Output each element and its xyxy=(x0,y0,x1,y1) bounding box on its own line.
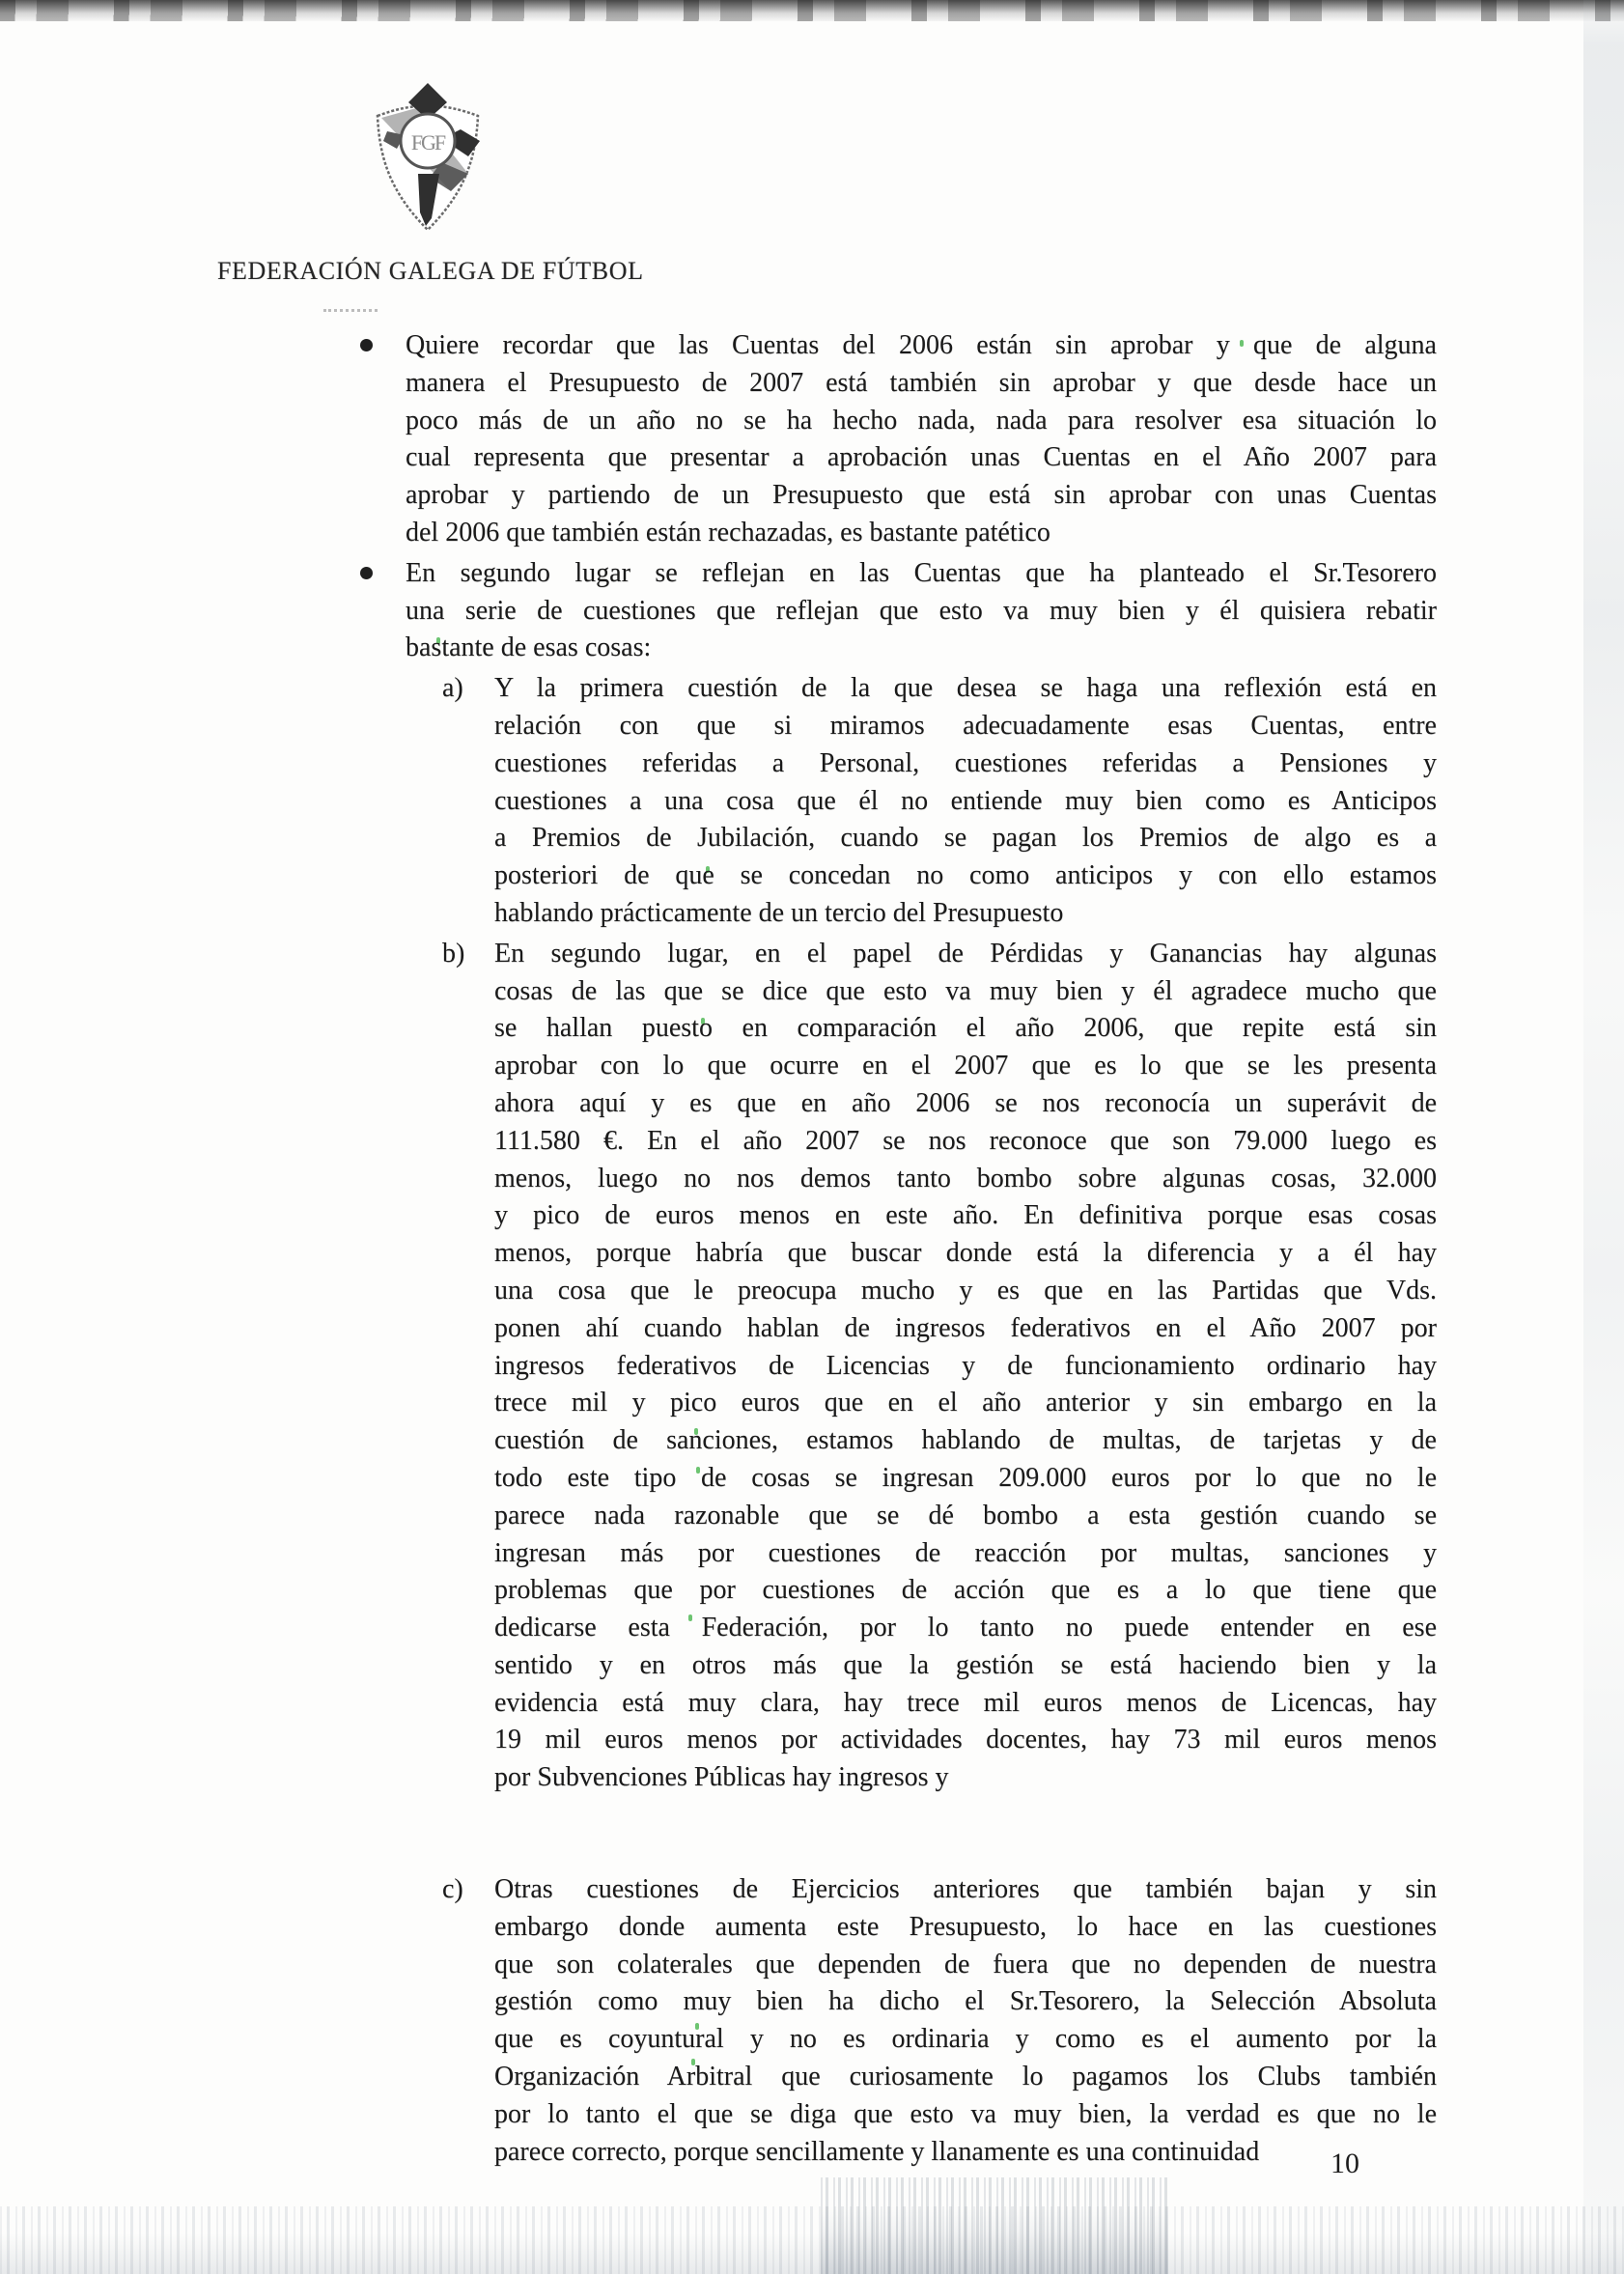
text-line: una serie de cuestiones que reflejan que… xyxy=(406,593,1437,631)
text-line: menos, porque habría que buscar donde es… xyxy=(494,1235,1437,1273)
text-line: se hallan puesto en comparación el año 2… xyxy=(494,1010,1437,1048)
text-line: una cosa que le preocupa mucho y es que … xyxy=(494,1273,1437,1310)
text-line: manera el Presupuesto de 2007 está tambi… xyxy=(406,365,1437,403)
lettered-item: c)Otras cuestiones de Ejercicios anterio… xyxy=(494,1871,1437,2171)
text-line: cosas de las que se dice que esto va muy… xyxy=(494,973,1437,1011)
crest-shield-icon: FGF xyxy=(360,77,495,237)
text-line: gestión como muy bien ha dicho el Sr.Tes… xyxy=(494,1983,1437,2021)
text-line: relación con que si miramos adecuadament… xyxy=(494,708,1437,745)
text-line: menos, luego no nos demos tanto bombo so… xyxy=(494,1161,1437,1198)
text-line: ponen ahí cuando hablan de ingresos fede… xyxy=(494,1310,1437,1348)
text-line: cuestiones referidas a Personal, cuestio… xyxy=(494,745,1437,783)
item-letter-marker: c) xyxy=(442,1871,463,1909)
text-line: y pico de euros menos en este año. En de… xyxy=(494,1197,1437,1235)
text-line: 19 mil euros menos por actividades docen… xyxy=(494,1722,1437,1759)
scan-dotted-mark xyxy=(323,309,378,312)
text-line: Quiere recordar que las Cuentas del 2006… xyxy=(406,327,1437,365)
text-line: que son colaterales que dependen de fuer… xyxy=(494,1947,1437,1984)
text-line: embargo donde aumenta este Presupuesto, … xyxy=(494,1909,1437,1947)
text-line: todo este tipo de cosas se ingresan 209.… xyxy=(494,1460,1437,1498)
text-line: posteriori de que se concedan no como an… xyxy=(494,857,1437,895)
bullet-item: En segundo lugar se reflejan en las Cuen… xyxy=(406,555,1437,667)
text-line: En segundo lugar, en el papel de Pérdida… xyxy=(494,936,1437,973)
text-line: cuestión de sanciones, estamos hablando … xyxy=(494,1422,1437,1460)
text-line: evidencia está muy clara, hay trece mil … xyxy=(494,1685,1437,1723)
lettered-item: b)En segundo lugar, en el papel de Pérdi… xyxy=(494,936,1437,1797)
text-line: del 2006 que también están rechazadas, e… xyxy=(406,515,1437,552)
text-line: 111.580 €. En el año 2007 se nos reconoc… xyxy=(494,1123,1437,1161)
text-line: aprobar y partiendo de un Presupuesto qu… xyxy=(406,477,1437,515)
text-line: cuestiones a una cosa que él no entiende… xyxy=(494,783,1437,821)
text-line: Organización Arbitral que curiosamente l… xyxy=(494,2059,1437,2096)
scan-artifact-top-edge xyxy=(0,0,1624,21)
scan-artifact-bottom-streaks xyxy=(0,2206,1624,2274)
text-line: ingresos federativos de Licencias y de f… xyxy=(494,1348,1437,1386)
text-line: que es coyuntural y no es ordinaria y co… xyxy=(494,2021,1437,2059)
text-line: a Premios de Jubilación, cuando se pagan… xyxy=(494,820,1437,857)
text-line: ahora aquí y es que en año 2006 se nos r… xyxy=(494,1085,1437,1123)
text-line: parece correcto, porque sencillamente y … xyxy=(494,2134,1437,2172)
bullet-item: Quiere recordar que las Cuentas del 2006… xyxy=(406,327,1437,552)
item-letter-marker: a) xyxy=(442,670,463,708)
crest-monogram: FGF xyxy=(411,130,446,154)
document-body: Quiere recordar que las Cuentas del 2006… xyxy=(0,327,1624,2171)
text-line: por lo tanto el que se diga que esto va … xyxy=(494,2096,1437,2134)
text-line: problemas que por cuestiones de acción q… xyxy=(494,1572,1437,1610)
text-line: hablando prácticamente de un tercio del … xyxy=(494,895,1437,933)
text-line: dedicarse esta Federación, por lo tanto … xyxy=(494,1610,1437,1647)
bullet-icon xyxy=(360,567,373,579)
text-line: bastante de esas cosas: xyxy=(406,630,1437,667)
text-line: ingresan más por cuestiones de reacción … xyxy=(494,1535,1437,1573)
text-line: trece mil y pico euros que en el año ant… xyxy=(494,1385,1437,1422)
item-letter-marker: b) xyxy=(442,936,464,973)
text-line: En segundo lugar se reflejan en las Cuen… xyxy=(406,555,1437,593)
text-line: por Subvenciones Públicas hay ingresos y xyxy=(494,1759,1437,1797)
scanned-page: FGF FEDERACIÓN GALEGA DE FÚTBOL Quiere r… xyxy=(0,0,1624,2274)
bullet-icon xyxy=(360,339,373,351)
text-line: Otras cuestiones de Ejercicios anteriore… xyxy=(494,1871,1437,1909)
lettered-item: a)Y la primera cuestión de la que desea … xyxy=(494,670,1437,933)
scan-artifact-bottom-streaks-dense xyxy=(821,2177,1168,2274)
text-line: parece nada razonable que se dé bombo a … xyxy=(494,1498,1437,1535)
text-line: aprobar con lo que ocurre en el 2007 que… xyxy=(494,1048,1437,1085)
federation-crest-logo: FGF xyxy=(360,77,495,241)
text-line: poco más de un año no se ha hecho nada, … xyxy=(406,403,1437,440)
text-line: sentido y en otros más que la gestión se… xyxy=(494,1647,1437,1685)
text-line: cual representa que presentar a aprobaci… xyxy=(406,439,1437,477)
organization-name: FEDERACIÓN GALEGA DE FÚTBOL xyxy=(217,257,644,286)
page-number: 10 xyxy=(1330,2148,1359,2180)
text-line: Y la primera cuestión de la que desea se… xyxy=(494,670,1437,708)
